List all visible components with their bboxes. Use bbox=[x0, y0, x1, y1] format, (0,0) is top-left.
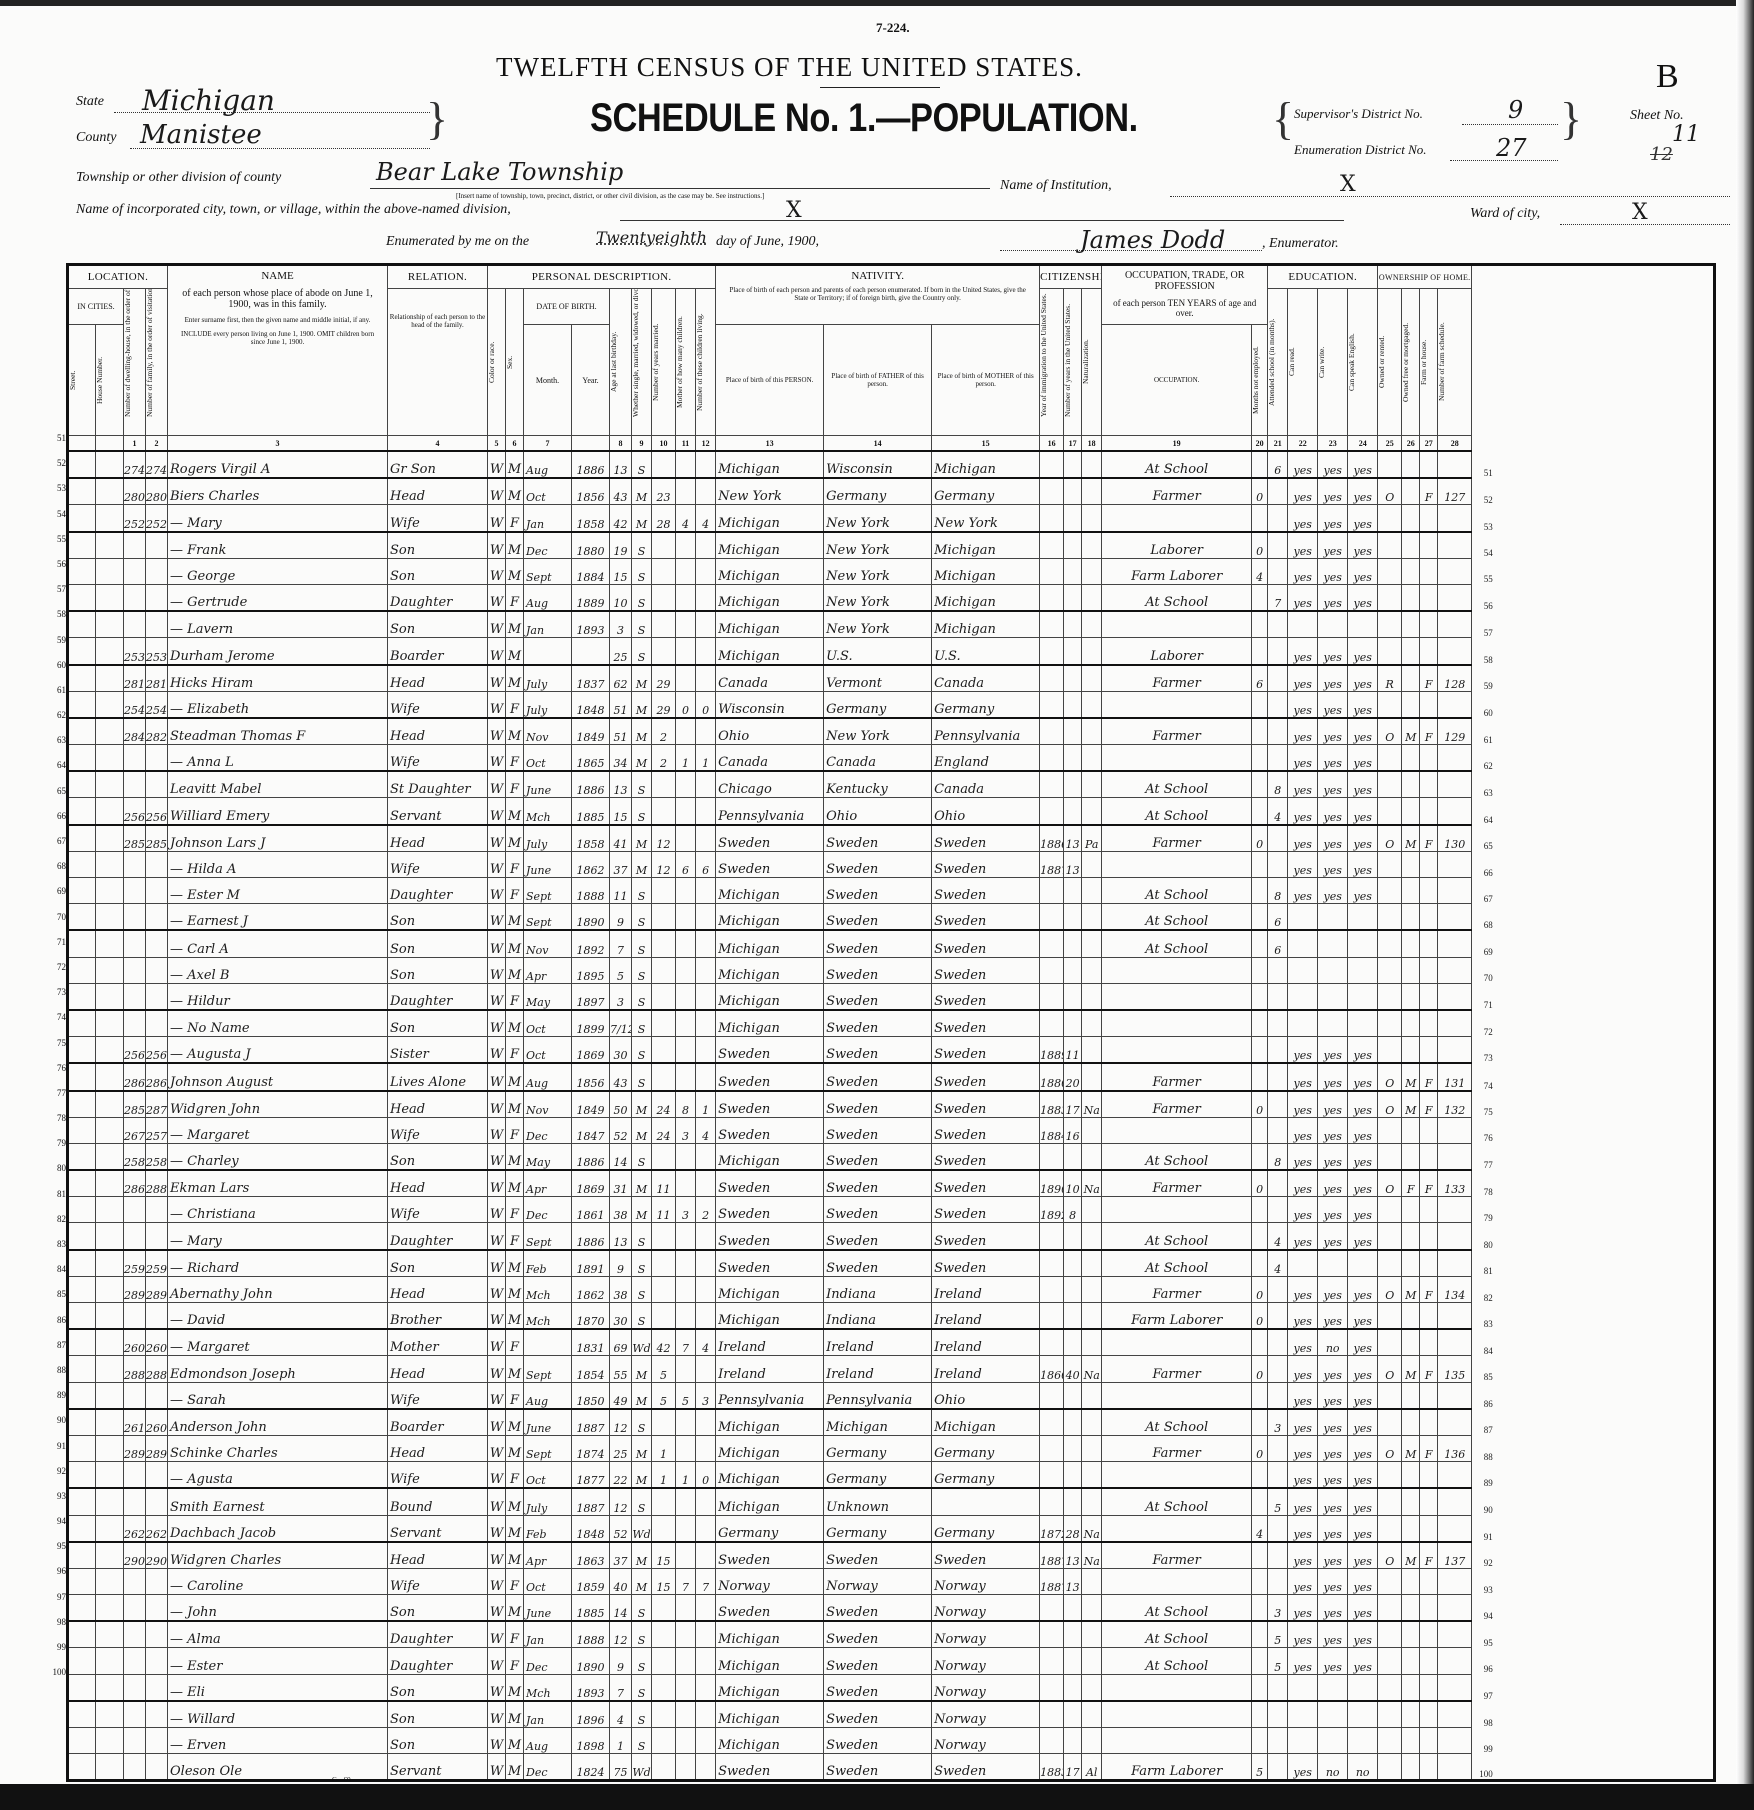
farm-house bbox=[1420, 1197, 1438, 1223]
birthplace-father: Sweden bbox=[824, 1010, 932, 1037]
can-read: yes bbox=[1288, 798, 1318, 825]
birthplace-person: Michigan bbox=[716, 1621, 824, 1648]
birthplace-mother: New York bbox=[932, 505, 1040, 532]
birth-month: Mch bbox=[524, 798, 572, 825]
school-months bbox=[1268, 638, 1288, 665]
institution-label: Name of Institution, bbox=[1000, 178, 1112, 194]
birth-year: 1888 bbox=[572, 1621, 610, 1648]
color: W bbox=[488, 957, 506, 983]
naturalization bbox=[1082, 1595, 1102, 1622]
color: W bbox=[488, 1329, 506, 1356]
col-house-number: House Number. bbox=[96, 325, 104, 435]
occupation bbox=[1102, 691, 1252, 718]
color: W bbox=[488, 1515, 506, 1542]
occupation bbox=[1102, 505, 1252, 532]
can-write: yes bbox=[1318, 825, 1348, 852]
dwelling-number: 259 bbox=[124, 1250, 146, 1277]
color: W bbox=[488, 638, 506, 665]
birth-month bbox=[524, 638, 572, 665]
relation: Wife bbox=[388, 745, 488, 772]
school-months bbox=[1268, 532, 1288, 559]
owned-rented bbox=[1378, 638, 1402, 665]
color: W bbox=[488, 478, 506, 505]
name-description: of each person whose place of abode on J… bbox=[182, 288, 373, 310]
birth-month: Dec bbox=[524, 532, 572, 559]
birth-month: July bbox=[524, 1488, 572, 1515]
dwelling-number: 274 bbox=[124, 451, 146, 478]
sex: F bbox=[506, 771, 524, 798]
line-number-left: 56 bbox=[42, 552, 66, 577]
marital-status: S bbox=[632, 878, 652, 904]
school-months bbox=[1268, 957, 1288, 983]
farm-schedule bbox=[1438, 1329, 1472, 1356]
line-number-left: 66 bbox=[42, 804, 66, 829]
birth-month: Oct bbox=[524, 1568, 572, 1594]
relation: Head bbox=[388, 478, 488, 505]
person-name: Johnson August bbox=[168, 1063, 388, 1090]
line-number-right: 52 bbox=[1472, 478, 1496, 505]
line-number-left: 89 bbox=[42, 1383, 66, 1408]
table-row: — Ester MDaughterWFSept188811SMichiganSw… bbox=[68, 878, 1715, 904]
immigration-year bbox=[1040, 930, 1064, 957]
line-number-left: 58 bbox=[42, 602, 66, 627]
family-number bbox=[146, 957, 168, 983]
owned-rented bbox=[1378, 957, 1402, 983]
col-color: Color or race. bbox=[488, 307, 496, 417]
birth-year: 1880 bbox=[572, 532, 610, 559]
family-number bbox=[146, 1648, 168, 1674]
line-number-right: 89 bbox=[1472, 1462, 1496, 1489]
col-age: Age at last birthday. bbox=[610, 307, 618, 417]
children-living bbox=[696, 1648, 716, 1674]
years-married: 2 bbox=[652, 745, 676, 772]
birth-month: Dec bbox=[524, 1754, 572, 1781]
occupation: Farmer bbox=[1102, 1356, 1252, 1382]
owned-rented bbox=[1378, 1010, 1402, 1037]
months-unemployed: 0 bbox=[1252, 532, 1268, 559]
line-number-left: 71 bbox=[42, 930, 66, 955]
person-name: — No Name bbox=[168, 1010, 388, 1037]
free-mortgaged bbox=[1402, 558, 1420, 584]
years-married bbox=[652, 1595, 676, 1622]
mother-of bbox=[676, 1488, 696, 1515]
can-read: yes bbox=[1288, 1595, 1318, 1622]
ward-label: Ward of city, bbox=[1470, 206, 1540, 222]
institution-line bbox=[1170, 196, 1730, 197]
can-write: yes bbox=[1318, 1223, 1348, 1250]
can-read: yes bbox=[1288, 532, 1318, 559]
census-rows: 274274Rogers Virgil AGr SonWMAug188613SM… bbox=[68, 451, 1715, 1781]
marital-status: S bbox=[632, 584, 652, 611]
farm-schedule bbox=[1438, 1701, 1472, 1728]
years-in-us: 13 bbox=[1064, 851, 1082, 877]
immigration-year bbox=[1040, 957, 1064, 983]
birth-year: 1861 bbox=[572, 1197, 610, 1223]
color: W bbox=[488, 1197, 506, 1223]
birthplace-father: Ohio bbox=[824, 798, 932, 825]
age: 19 bbox=[610, 532, 632, 559]
relation: Daughter bbox=[388, 584, 488, 611]
children-living: 1 bbox=[696, 745, 716, 772]
years-in-us bbox=[1064, 1010, 1082, 1037]
house bbox=[96, 584, 124, 611]
color: W bbox=[488, 1542, 506, 1569]
birthplace-father: Sweden bbox=[824, 1595, 932, 1622]
owned-rented: O bbox=[1378, 1542, 1402, 1569]
table-row: 252252— MaryWifeWFJan185842M2844Michigan… bbox=[68, 505, 1715, 532]
relation: Lives Alone bbox=[388, 1063, 488, 1090]
age: 10 bbox=[610, 584, 632, 611]
months-unemployed bbox=[1252, 1621, 1268, 1648]
brace-district-close: } bbox=[1560, 96, 1582, 142]
house bbox=[96, 1143, 124, 1170]
sex: M bbox=[506, 1701, 524, 1728]
marital-status: S bbox=[632, 983, 652, 1010]
line-number-left: 75 bbox=[42, 1031, 66, 1056]
years-married: 1 bbox=[652, 1435, 676, 1461]
owned-rented: O bbox=[1378, 1356, 1402, 1382]
marital-status: M bbox=[632, 665, 652, 692]
birth-month: July bbox=[524, 691, 572, 718]
line-number-right: 85 bbox=[1472, 1356, 1496, 1382]
house bbox=[96, 478, 124, 505]
speak-english: yes bbox=[1348, 1223, 1378, 1250]
dwelling-number: 258 bbox=[124, 1143, 146, 1170]
family-number bbox=[146, 1197, 168, 1223]
children-living: 3 bbox=[696, 1382, 716, 1409]
line-number-left: 76 bbox=[42, 1056, 66, 1081]
naturalization bbox=[1082, 451, 1102, 478]
family-number bbox=[146, 1728, 168, 1754]
marital-status: S bbox=[632, 611, 652, 638]
speak-english bbox=[1348, 611, 1378, 638]
mother-of bbox=[676, 638, 696, 665]
line-number-left: 69 bbox=[42, 879, 66, 904]
line-number-left: 73 bbox=[42, 980, 66, 1005]
birth-year: 1889 bbox=[572, 584, 610, 611]
years-married: 15 bbox=[652, 1542, 676, 1569]
years-married bbox=[652, 1063, 676, 1090]
naturalization bbox=[1082, 1037, 1102, 1064]
owned-rented bbox=[1378, 532, 1402, 559]
birthplace-mother: Michigan bbox=[932, 1409, 1040, 1436]
relation: Wife bbox=[388, 851, 488, 877]
line-number-left: 86 bbox=[42, 1308, 66, 1333]
line-number-right: 92 bbox=[1472, 1542, 1496, 1569]
street bbox=[68, 1435, 96, 1461]
birthplace-mother: Sweden bbox=[932, 930, 1040, 957]
birthplace-mother: Michigan bbox=[932, 611, 1040, 638]
birthplace-father: Sweden bbox=[824, 1143, 932, 1170]
mother-of bbox=[676, 825, 696, 852]
house bbox=[96, 1621, 124, 1648]
birth-month: Sept bbox=[524, 878, 572, 904]
speak-english bbox=[1348, 1010, 1378, 1037]
sex: M bbox=[506, 611, 524, 638]
house bbox=[96, 1223, 124, 1250]
farm-house bbox=[1420, 1488, 1438, 1515]
occupation bbox=[1102, 1037, 1252, 1064]
speak-english: yes bbox=[1348, 1091, 1378, 1118]
birth-month: Jan bbox=[524, 505, 572, 532]
relation: Wife bbox=[388, 1117, 488, 1143]
mother-of bbox=[676, 1621, 696, 1648]
years-married bbox=[652, 1648, 676, 1674]
person-name: Ekman Lars bbox=[168, 1170, 388, 1197]
birthplace-person: Michigan bbox=[716, 1674, 824, 1701]
birthplace-person: Pennsylvania bbox=[716, 1382, 824, 1409]
children-living bbox=[696, 718, 716, 745]
speak-english bbox=[1348, 1701, 1378, 1728]
owned-rented bbox=[1378, 1701, 1402, 1728]
dwelling-number: 284 bbox=[124, 718, 146, 745]
speak-english bbox=[1348, 904, 1378, 931]
birthplace-father: U.S. bbox=[824, 638, 932, 665]
color: W bbox=[488, 1728, 506, 1754]
age: 43 bbox=[610, 478, 632, 505]
birthplace-mother: Ohio bbox=[932, 798, 1040, 825]
age: 52 bbox=[610, 1117, 632, 1143]
can-write: yes bbox=[1318, 665, 1348, 692]
street bbox=[68, 1063, 96, 1090]
months-unemployed bbox=[1252, 1010, 1268, 1037]
line-number-left: 51 bbox=[42, 426, 66, 451]
immigration-year bbox=[1040, 1701, 1064, 1728]
family-number bbox=[146, 1223, 168, 1250]
can-write: yes bbox=[1318, 638, 1348, 665]
table-row: 280280Biers CharlesHeadWMOct185643M23New… bbox=[68, 478, 1715, 505]
speak-english: yes bbox=[1348, 1276, 1378, 1302]
occupation bbox=[1102, 1382, 1252, 1409]
farm-schedule: 133 bbox=[1438, 1170, 1472, 1197]
table-row: — EsterDaughterWFDec18909SMichiganSweden… bbox=[68, 1648, 1715, 1674]
family-number: 281 bbox=[146, 665, 168, 692]
free-mortgaged bbox=[1402, 745, 1420, 772]
mother-of: 7 bbox=[676, 1329, 696, 1356]
sex: M bbox=[506, 1595, 524, 1622]
speak-english: yes bbox=[1348, 584, 1378, 611]
years-in-us: 28 bbox=[1064, 1515, 1082, 1542]
sex: F bbox=[506, 1462, 524, 1489]
marital-status: S bbox=[632, 532, 652, 559]
naturalization bbox=[1082, 1382, 1102, 1409]
years-married bbox=[652, 532, 676, 559]
school-months bbox=[1268, 1728, 1288, 1754]
farm-house bbox=[1420, 1329, 1438, 1356]
immigration-year bbox=[1040, 532, 1064, 559]
farm-house bbox=[1420, 1037, 1438, 1064]
birthplace-person: Sweden bbox=[716, 1117, 824, 1143]
person-name: Dachbach Jacob bbox=[168, 1515, 388, 1542]
family-number bbox=[146, 930, 168, 957]
occupation: Farmer bbox=[1102, 665, 1252, 692]
years-in-us bbox=[1064, 930, 1082, 957]
years-in-us bbox=[1064, 1648, 1082, 1674]
mother-of: 8 bbox=[676, 1091, 696, 1118]
sex: M bbox=[506, 930, 524, 957]
farm-schedule bbox=[1438, 930, 1472, 957]
immigration-year bbox=[1040, 1276, 1064, 1302]
birthplace-father: New York bbox=[824, 532, 932, 559]
farm-schedule bbox=[1438, 1515, 1472, 1542]
house bbox=[96, 665, 124, 692]
family-number: 257 bbox=[146, 1117, 168, 1143]
table-row: 261260Anderson JohnBoarderWMJune188712SM… bbox=[68, 1409, 1715, 1436]
can-write: yes bbox=[1318, 1515, 1348, 1542]
street bbox=[68, 825, 96, 852]
farm-schedule bbox=[1438, 1303, 1472, 1330]
birthplace-mother: Pennsylvania bbox=[932, 718, 1040, 745]
color: W bbox=[488, 1568, 506, 1594]
line-number-right: 96 bbox=[1472, 1648, 1496, 1674]
dwelling-number bbox=[124, 1701, 146, 1728]
farm-schedule: 136 bbox=[1438, 1435, 1472, 1461]
birthplace-father: Sweden bbox=[824, 957, 932, 983]
speak-english: yes bbox=[1348, 638, 1378, 665]
col-children-living: Number of these children living. bbox=[696, 307, 704, 417]
house bbox=[96, 1754, 124, 1781]
dwelling-number bbox=[124, 1754, 146, 1781]
farm-schedule bbox=[1438, 691, 1472, 718]
school-months bbox=[1268, 1117, 1288, 1143]
birth-month: June bbox=[524, 851, 572, 877]
months-unemployed bbox=[1252, 1037, 1268, 1064]
years-in-us bbox=[1064, 904, 1082, 931]
age: 9 bbox=[610, 1648, 632, 1674]
column-number: 9 bbox=[632, 436, 652, 452]
children-living: 0 bbox=[696, 691, 716, 718]
children-living: 4 bbox=[696, 1329, 716, 1356]
years-in-us: 8 bbox=[1064, 1197, 1082, 1223]
column-number: 10 bbox=[652, 436, 676, 452]
birth-month: Sept bbox=[524, 1356, 572, 1382]
school-months bbox=[1268, 1091, 1288, 1118]
birth-month: Jan bbox=[524, 1621, 572, 1648]
occupation: Farmer bbox=[1102, 1276, 1252, 1302]
house bbox=[96, 1595, 124, 1622]
can-read: yes bbox=[1288, 1223, 1318, 1250]
months-unemployed bbox=[1252, 930, 1268, 957]
can-read: yes bbox=[1288, 1382, 1318, 1409]
years-married bbox=[652, 798, 676, 825]
owned-rented bbox=[1378, 983, 1402, 1010]
months-unemployed bbox=[1252, 584, 1268, 611]
years-in-us bbox=[1064, 1701, 1082, 1728]
speak-english: yes bbox=[1348, 1488, 1378, 1515]
person-name: Widgren Charles bbox=[168, 1542, 388, 1569]
family-number bbox=[146, 983, 168, 1010]
months-unemployed bbox=[1252, 1063, 1268, 1090]
speak-english: yes bbox=[1348, 505, 1378, 532]
free-mortgaged bbox=[1402, 611, 1420, 638]
color: W bbox=[488, 825, 506, 852]
speak-english: yes bbox=[1348, 1063, 1378, 1090]
years-married: 29 bbox=[652, 665, 676, 692]
years-in-us: 20 bbox=[1064, 1063, 1082, 1090]
birthplace-person: Ohio bbox=[716, 718, 824, 745]
family-number bbox=[146, 878, 168, 904]
line-number-right: 75 bbox=[1472, 1091, 1496, 1118]
free-mortgaged bbox=[1402, 1197, 1420, 1223]
family-number: 258 bbox=[146, 1143, 168, 1170]
years-in-us bbox=[1064, 1223, 1082, 1250]
can-read: yes bbox=[1288, 1754, 1318, 1781]
mother-of: 0 bbox=[676, 691, 696, 718]
school-months: 5 bbox=[1268, 1648, 1288, 1674]
free-mortgaged bbox=[1402, 1754, 1420, 1781]
mother-of bbox=[676, 1223, 696, 1250]
color: W bbox=[488, 1621, 506, 1648]
table-row: 285287Widgren JohnHeadWMNov184950M2481Sw… bbox=[68, 1091, 1715, 1118]
table-row: 260260— MargaretMotherWF183169Wd4274Irel… bbox=[68, 1329, 1715, 1356]
occupation bbox=[1102, 1462, 1252, 1489]
age: 52 bbox=[610, 1515, 632, 1542]
can-write: yes bbox=[1318, 1063, 1348, 1090]
birth-year: 1885 bbox=[572, 798, 610, 825]
age: 12 bbox=[610, 1488, 632, 1515]
birthplace-mother: Sweden bbox=[932, 1037, 1040, 1064]
line-number-right: 64 bbox=[1472, 798, 1496, 825]
mother-of bbox=[676, 1356, 696, 1382]
free-mortgaged bbox=[1402, 1488, 1420, 1515]
line-number-right: 70 bbox=[1472, 957, 1496, 983]
immigration-year bbox=[1040, 1728, 1064, 1754]
children-living bbox=[696, 1010, 716, 1037]
relation: Daughter bbox=[388, 1621, 488, 1648]
sex: M bbox=[506, 558, 524, 584]
col-immigration-year: Year of immigration to the United States… bbox=[1040, 307, 1048, 417]
marital-status: M bbox=[632, 1462, 652, 1489]
table-row: — Anna LWifeWFOct186534M211CanadaCanadaE… bbox=[68, 745, 1715, 772]
can-write: yes bbox=[1318, 1143, 1348, 1170]
relation: Boarder bbox=[388, 638, 488, 665]
col-owned-rented: Owned or rented. bbox=[1378, 307, 1386, 417]
table-row: 274274Rogers Virgil AGr SonWMAug188613SM… bbox=[68, 451, 1715, 478]
farm-schedule bbox=[1438, 451, 1472, 478]
school-months bbox=[1268, 1329, 1288, 1356]
birthplace-father: Pennsylvania bbox=[824, 1382, 932, 1409]
sex: M bbox=[506, 1515, 524, 1542]
birth-month: Dec bbox=[524, 1648, 572, 1674]
person-name: — Charley bbox=[168, 1143, 388, 1170]
immigration-year bbox=[1040, 1462, 1064, 1489]
birthplace-person: Sweden bbox=[716, 1170, 824, 1197]
birth-year: 1886 bbox=[572, 1223, 610, 1250]
birth-month: Nov bbox=[524, 930, 572, 957]
free-mortgaged bbox=[1402, 478, 1420, 505]
children-living bbox=[696, 957, 716, 983]
mother-of bbox=[676, 1409, 696, 1436]
street bbox=[68, 904, 96, 931]
owned-rented bbox=[1378, 1648, 1402, 1674]
children-living bbox=[696, 930, 716, 957]
mother-of bbox=[676, 771, 696, 798]
table-row: 254254— ElizabethWifeWFJuly184851M2900Wi… bbox=[68, 691, 1715, 718]
speak-english: yes bbox=[1348, 825, 1378, 852]
can-write: yes bbox=[1318, 1568, 1348, 1594]
owned-rented bbox=[1378, 1409, 1402, 1436]
children-living bbox=[696, 1356, 716, 1382]
speak-english: yes bbox=[1348, 798, 1378, 825]
line-number-right: 97 bbox=[1472, 1674, 1496, 1701]
street bbox=[68, 1303, 96, 1330]
sex: M bbox=[506, 825, 524, 852]
farm-house: F bbox=[1420, 1542, 1438, 1569]
age: 13 bbox=[610, 451, 632, 478]
immigration-year: 1880 bbox=[1040, 1063, 1064, 1090]
birthplace-father: Sweden bbox=[824, 1542, 932, 1569]
table-row: 258258— CharleySonWMMay188614SMichiganSw… bbox=[68, 1143, 1715, 1170]
